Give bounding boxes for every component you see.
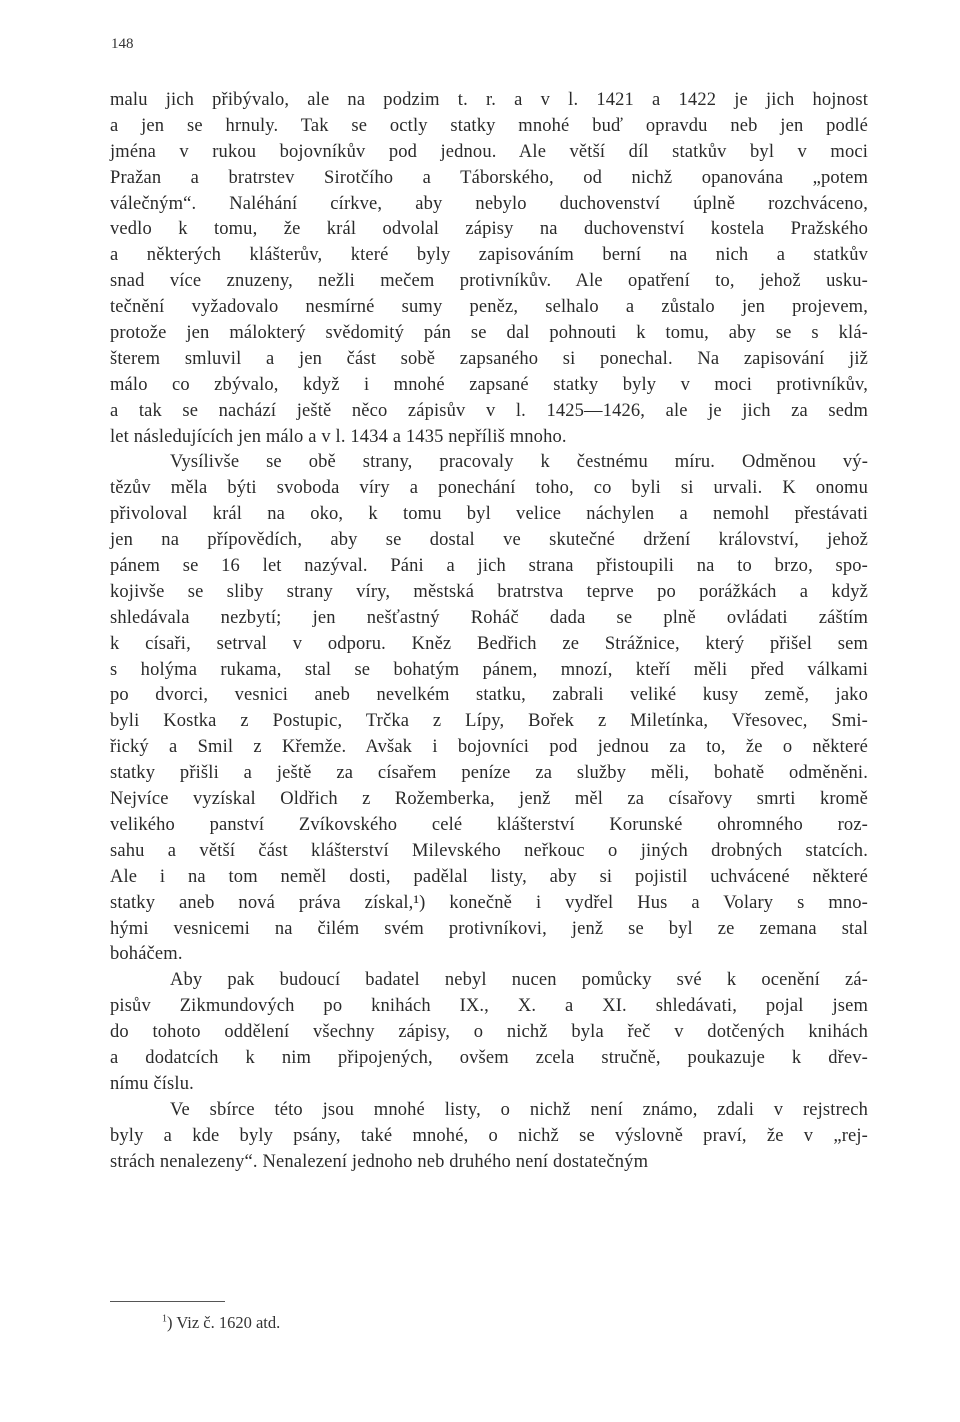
- text-line: pisův Zikmundových po knihách IX., X. a …: [110, 994, 868, 1020]
- text-line: Ale i na tom neměl dosti, padělal listy,…: [110, 865, 868, 891]
- text-line: a jen se hrnuly. Tak se octly statky mno…: [110, 114, 868, 140]
- text-line: tečnění vyžadovalo nesmírné sumy peněz, …: [110, 295, 868, 321]
- text-line: strách nenalezeny“. Nenalezení jednoho n…: [110, 1150, 868, 1176]
- paragraph: malu jich přibývalo, ale na podzim t. r.…: [110, 88, 868, 450]
- text-line: hými vesnicemi na čilém svém protivníkov…: [110, 917, 868, 943]
- footnote-1: 1) Viz č. 1620 atd.: [162, 1313, 280, 1333]
- text-line: let následujících jen málo a v l. 1434 a…: [110, 425, 868, 451]
- text-line: kojivše se sliby strany víry, městská br…: [110, 580, 868, 606]
- text-line: jména v rukou bojovníkův pod jednou. Ale…: [110, 140, 868, 166]
- text-line: pánem se 16 let nazýval. Páni a jich str…: [110, 554, 868, 580]
- page-number: 148: [111, 36, 134, 53]
- text-line: do tohoto oddělení všechny zápisy, o nic…: [110, 1020, 868, 1046]
- text-line: k císaři, setrval v odporu. Kněz Bedřich…: [110, 632, 868, 658]
- text-line: shledávala nezbytí; jen nešťastný Roháč …: [110, 606, 868, 632]
- text-line: malu jich přibývalo, ale na podzim t. r.…: [110, 88, 868, 114]
- text-line: jen na přípovědích, aby se dostal ve sku…: [110, 528, 868, 554]
- text-line: vedlo k tomu, že král odvolal zápisy na …: [110, 217, 868, 243]
- text-line: málo co zbývalo, když i mnohé zapsané st…: [110, 373, 868, 399]
- text-line: statky aneb nová práva získal,¹) konečně…: [110, 891, 868, 917]
- text-line: Aby pak budoucí badatel nebyl nucen pomů…: [110, 968, 868, 994]
- footnote-text: ) Viz č. 1620 atd.: [167, 1313, 280, 1332]
- text-line: Pražan a bratrstev Sirotčího a Táborskéh…: [110, 166, 868, 192]
- paragraph: Aby pak budoucí badatel nebyl nucen pomů…: [110, 968, 868, 1097]
- text-line: Nejvíce vyzískal Oldřich z Rožemberka, j…: [110, 787, 868, 813]
- text-line: po dvorci, vesnici aneb nevelkém statku,…: [110, 683, 868, 709]
- text-line: tězův měla býti svoboda víry a ponechání…: [110, 476, 868, 502]
- text-line: a tak se nachází ještě něco zápisův v l.…: [110, 399, 868, 425]
- text-line: snad více znuzeny, nežli mečem protivník…: [110, 269, 868, 295]
- text-line: byly a kde byly psány, také mnohé, o nic…: [110, 1124, 868, 1150]
- text-line: boháčem.: [110, 942, 868, 968]
- text-line: a některých klášterův, které byly zapiso…: [110, 243, 868, 269]
- text-line: řický a Smil z Křemže. Avšak i bojovníci…: [110, 735, 868, 761]
- footnote-divider: [110, 1301, 225, 1302]
- text-line: velikého panství Zvíkovského celé klášte…: [110, 813, 868, 839]
- text-line: s holýma rukama, stal se bohatým pánem, …: [110, 658, 868, 684]
- text-line: sahu a větší část klášterství Milevského…: [110, 839, 868, 865]
- body-text: malu jich přibývalo, ale na podzim t. r.…: [110, 88, 868, 1175]
- text-line: Ve sbírce této jsou mnohé listy, o nichž…: [110, 1098, 868, 1124]
- text-line: přivoloval král na oko, k tomu byl velic…: [110, 502, 868, 528]
- text-line: byli Kostka z Postupic, Trčka z Lípy, Bo…: [110, 709, 868, 735]
- text-line: nímu číslu.: [110, 1072, 868, 1098]
- text-line: statky přišli a ještě za císařem peníze …: [110, 761, 868, 787]
- paragraph: Ve sbírce této jsou mnohé listy, o nichž…: [110, 1098, 868, 1176]
- text-line: a dodatcích k nim připojených, ovšem zce…: [110, 1046, 868, 1072]
- text-line: šterem smluvil a jen část sobě zapsaného…: [110, 347, 868, 373]
- text-line: protože jen málokterý svědomitý pán se d…: [110, 321, 868, 347]
- text-line: Vysílivše se obě strany, pracovaly k čes…: [110, 450, 868, 476]
- paragraph: Vysílivše se obě strany, pracovaly k čes…: [110, 450, 868, 968]
- text-line: válečným“. Naléhání církve, aby nebylo d…: [110, 192, 868, 218]
